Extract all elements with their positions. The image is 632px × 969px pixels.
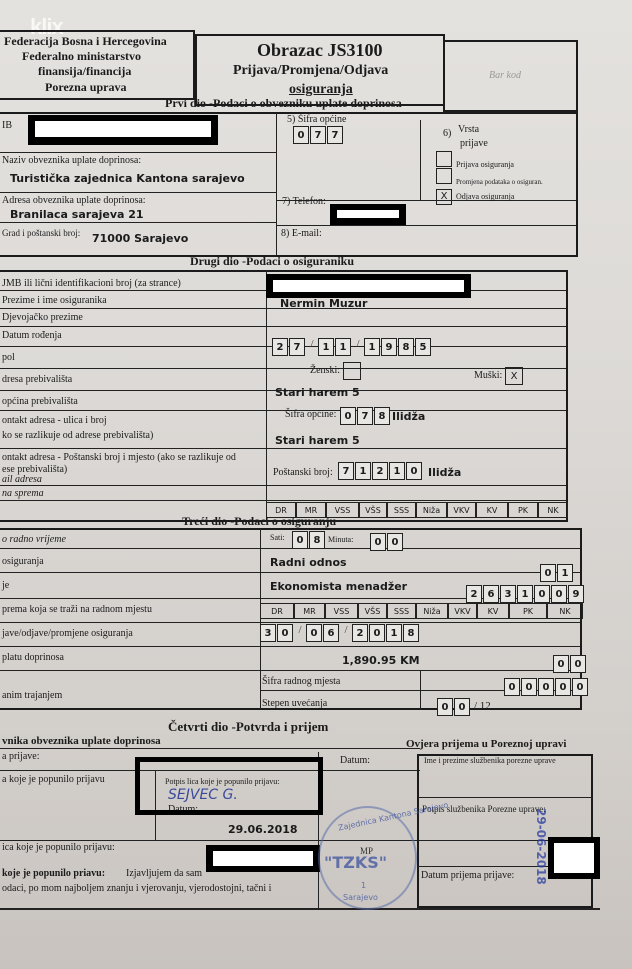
payer-address-value[interactable]: Branilaca sarajeva 21 — [10, 208, 144, 221]
contribution-base-label: platu doprinosa — [2, 652, 64, 663]
digit: 7 — [289, 338, 305, 356]
part4-right-title: Ovjera prijema u Poreznoj upravi — [406, 738, 567, 750]
digit: 2 — [352, 624, 368, 642]
edu-option[interactable]: PK — [509, 603, 547, 619]
extended-duration-label: anim trajanjem — [2, 690, 62, 701]
edu-option[interactable]: VŠS — [358, 603, 387, 619]
digit: 6 — [323, 624, 339, 642]
digit: 0 — [504, 678, 520, 696]
type-label: Vrsta — [458, 124, 479, 135]
increase-denominator: / 12 — [474, 700, 491, 712]
digit: 0 — [306, 624, 322, 642]
type-option-label: Promjena podataka o osiguran. — [456, 178, 543, 186]
form-title: Obrazac JS3100 — [257, 40, 383, 61]
checkbox[interactable] — [436, 151, 452, 167]
postal-code-label: Poštanski broj: — [273, 467, 333, 478]
redaction-fill — [35, 121, 211, 137]
digit: 0 — [521, 678, 537, 696]
separator: / — [340, 624, 352, 642]
digit: 7 — [338, 462, 354, 480]
edu-option[interactable]: NK — [538, 502, 568, 518]
digit: 0 — [538, 678, 554, 696]
digit: 7 — [357, 407, 373, 425]
full-name-value[interactable]: Nermin Muzur — [280, 297, 367, 310]
digit: 0 — [570, 655, 586, 673]
tax-form-page: klix Federacija Bosna i Hercegovina Fede… — [0, 0, 632, 969]
digit: 7 — [327, 126, 343, 144]
digit: 0 — [370, 533, 386, 551]
edu-option[interactable]: SSS — [387, 603, 416, 619]
municipality-name: Ilidža — [392, 410, 425, 423]
stamp-number: 1 — [361, 881, 366, 890]
occupation-label: je — [2, 580, 9, 591]
contribution-base-value[interactable]: 1,890.95 KM — [342, 654, 420, 667]
barcode-label: Bar kod — [489, 70, 521, 81]
digit: 1 — [355, 462, 371, 480]
postal-city: Ilidža — [428, 466, 461, 479]
increase-label: Stepen uvećanja — [262, 698, 327, 709]
declaration-bold: koje je popunilo priavu: — [2, 868, 105, 879]
male-checkbox[interactable]: X — [505, 367, 523, 385]
edu-option[interactable]: VŠS — [359, 502, 387, 518]
digit: 3 — [260, 624, 276, 642]
digit: 1 — [389, 462, 405, 480]
digit: 1 — [557, 564, 573, 582]
birth-date[interactable]: 2 7 / 1 1 / 1 9 8 5 — [272, 338, 432, 356]
edu-option[interactable]: VKV — [448, 603, 477, 619]
edu-option[interactable]: KV — [476, 502, 508, 518]
male-label: Muški: — [474, 370, 502, 381]
payer-name-label: Naziv obveznika uplate doprinosa: — [2, 155, 141, 166]
digit: 0 — [406, 462, 422, 480]
digit: 1 — [364, 338, 380, 356]
type-option-label: Odjava osiguranja — [456, 192, 514, 201]
residence-address-label: dresa prebivališta — [2, 374, 72, 385]
digit: 8 — [374, 407, 390, 425]
officer-name-label: Ime i prezime službenika porezne uprave — [424, 756, 556, 765]
phone-label: 7) Telefon: — [282, 196, 326, 207]
edu-option[interactable]: DR — [260, 603, 294, 619]
authority-line: Federacija Bosna i Hercegovina — [4, 34, 167, 49]
separator: / — [352, 338, 364, 356]
edu-option[interactable]: KV — [477, 603, 509, 619]
digit: 0 — [369, 624, 385, 642]
residence-municipality-code[interactable]: 0 7 8 — [340, 407, 391, 425]
digit: 0 — [454, 698, 470, 716]
separator: / — [294, 624, 306, 642]
type-option-odjava[interactable]: X Odjava osiguranja — [436, 186, 514, 205]
digit: 0 — [387, 533, 403, 551]
contact-address-label: ontakt adresa - ulica i broj — [2, 415, 107, 426]
municipality-code-label: Šifra općine: — [285, 409, 336, 420]
received-date-label: Datum prijema prijave: — [421, 870, 514, 881]
work-time-label: o radno vrijeme — [2, 534, 66, 545]
residence-address-value[interactable]: Stari harem 5 — [275, 386, 360, 399]
maiden-name-label: Djevojačko prezime — [2, 312, 83, 323]
part1-title: Prvi dio -Podaci o obvezniku uplate dopr… — [165, 96, 402, 111]
contact-address-note: ko se razlikuje od adrese prebivališta) — [2, 430, 153, 441]
digit: 0 — [340, 407, 356, 425]
female-label: Ženski: — [310, 365, 340, 376]
payer-city-label: Grad i poštanski broj: — [2, 228, 80, 238]
digit: 0 — [540, 564, 556, 582]
digit: 8 — [398, 338, 414, 356]
digit: 6 — [483, 585, 499, 603]
type-label: prijave — [460, 138, 488, 149]
stamp-center: "TZKS" — [324, 853, 387, 872]
digit: 0 — [553, 655, 569, 673]
digit: 0 — [437, 698, 453, 716]
checkbox[interactable] — [436, 168, 452, 184]
payer-address-label: Adresa obveznika uplate doprinosa: — [2, 195, 146, 206]
barcode-box: Bar kod — [443, 40, 578, 112]
digit: 1 — [335, 338, 351, 356]
residence-municipality-label: općina prebivališta — [2, 396, 78, 407]
digit: 0 — [277, 624, 293, 642]
stamp-bottom-text: Sarajevo — [343, 893, 378, 902]
redaction-fill — [273, 280, 464, 292]
edu-option[interactable]: PK — [508, 502, 538, 518]
insurance-basis-code[interactable]: 0 1 — [540, 564, 574, 582]
digit: 8 — [403, 624, 419, 642]
digit: 1 — [517, 585, 533, 603]
checkbox[interactable]: X — [436, 189, 452, 205]
postal-code[interactable]: 7 1 2 1 0 — [338, 462, 423, 480]
municipality-code-label: 5) Šifra općine — [287, 114, 346, 125]
part2-title: Drugi dio -Podaci o osiguraniku — [190, 254, 354, 269]
change-date[interactable]: 3 0 / 0 6 / 2 0 1 8 — [260, 624, 420, 642]
digit: 0 — [555, 678, 571, 696]
edu-option[interactable]: SSS — [387, 502, 416, 518]
redaction-fill — [554, 843, 594, 873]
digit: 9 — [381, 338, 397, 356]
edu-option[interactable]: MR — [294, 603, 325, 619]
authority-line: finansija/financija — [38, 64, 131, 79]
digit: 0 — [534, 585, 550, 603]
digit: 2 — [372, 462, 388, 480]
occupation-code[interactable]: 2 6 3 1 0 0 9 — [466, 585, 585, 603]
birth-date-label: Datum rođenja — [2, 330, 62, 341]
digit: 2 — [272, 338, 288, 356]
digit: 2 — [466, 585, 482, 603]
email-label: 8) E-mail: — [281, 228, 322, 239]
payer-name-value[interactable]: Turistička zajednica Kantona sarajevo — [10, 172, 245, 185]
insurance-basis-value[interactable]: Radni odnos — [270, 556, 347, 569]
digit: 0 — [293, 126, 309, 144]
digit: 0 — [572, 678, 588, 696]
education-label: na sprema — [2, 488, 44, 499]
hours-label: Sati: — [270, 533, 285, 542]
edu-option[interactable]: VSS — [325, 603, 358, 619]
separator: / — [306, 338, 318, 356]
full-name-label: Prezime i ime osiguranika — [2, 295, 107, 306]
authority-line: Porezna uprava — [45, 80, 126, 95]
edu-option[interactable]: Niža — [416, 603, 448, 619]
form-subtitle: Prijava/Promjena/Odjava — [233, 63, 388, 79]
authority-line: Federalno ministarstvo — [22, 49, 141, 64]
digit: 0 — [292, 531, 308, 549]
tax-office-box — [417, 754, 593, 908]
digit: 1 — [386, 624, 402, 642]
filler-label-2: ica koje je popunilo prijavu: — [2, 842, 115, 853]
insurance-basis-label: osiguranja — [2, 556, 44, 567]
minutes-label: Minuta: — [328, 535, 353, 544]
required-education-label: prema koja se traži na radnom mjestu — [2, 604, 152, 615]
date-value[interactable]: 29.06.2018 — [228, 823, 298, 836]
workplace-code-label: Šifra radnog mjesta — [262, 676, 340, 687]
digit: 8 — [309, 531, 325, 549]
declaration-text: Izjavljujem da sam — [126, 868, 202, 879]
occupation-value[interactable]: Ekonomista menadžer — [270, 580, 407, 593]
authority-block: Federacija Bosna i Hercegovina Federalno… — [0, 30, 195, 100]
part4-title: Četvrti dio -Potvrda i prijem — [168, 719, 328, 735]
highlight-frame — [135, 757, 323, 815]
workplace-code[interactable]: 0 0 0 0 0 — [504, 678, 589, 696]
digit: 3 — [500, 585, 516, 603]
edu-option[interactable]: Niža — [416, 502, 447, 518]
digit: 5 — [415, 338, 431, 356]
redaction-fill — [213, 851, 313, 866]
submission-label: a prijave: — [2, 751, 39, 762]
contribution-code[interactable]: 0 0 — [553, 655, 587, 673]
female-checkbox[interactable] — [343, 362, 361, 380]
gender-label: pol — [2, 352, 15, 363]
received-stamp: 29-06-2018 — [534, 808, 548, 885]
required-education-levels[interactable]: DR MR VSS VŠS SSS Niža VKV KV PK NK — [260, 603, 583, 619]
contact-postal-label: ontakt adresa - Poštanski broj i mjesto … — [2, 452, 236, 463]
jmb-label: JMB ili lični identifikacioni broj (za s… — [2, 278, 181, 289]
part3-title: Treći dio -Podaci o osiguranju — [182, 514, 336, 529]
email-address-label: ail adresa — [2, 474, 42, 485]
declaration-text: odaci, po mom najboljem znanju i vjerova… — [2, 883, 271, 894]
digit: 1 — [318, 338, 334, 356]
hours[interactable]: 0 8 — [292, 531, 326, 549]
digit: 0 — [551, 585, 567, 603]
digit: 7 — [310, 126, 326, 144]
edu-option[interactable]: NK — [547, 603, 583, 619]
filler-label: a koje je popunilo prijavu — [2, 774, 105, 785]
redaction-fill — [337, 210, 399, 218]
contact-address-value[interactable]: Stari harem 5 — [275, 434, 360, 447]
increase-value[interactable]: 0 0 — [437, 698, 471, 716]
jib-label: IB — [2, 120, 12, 131]
municipality-code[interactable]: 0 7 7 — [293, 126, 344, 144]
type-number: 6) — [443, 128, 451, 139]
change-date-label: jave/odjave/promjene osiguranja — [2, 628, 133, 639]
part4-left-title: vnika obveznika uplate doprinosa — [2, 735, 161, 747]
payer-city-value[interactable]: 71000 Sarajevo — [92, 232, 188, 245]
minutes[interactable]: 0 0 — [370, 533, 404, 551]
digit: 9 — [568, 585, 584, 603]
date-label-top: Datum: — [340, 755, 370, 766]
edu-option[interactable]: VKV — [447, 502, 476, 518]
